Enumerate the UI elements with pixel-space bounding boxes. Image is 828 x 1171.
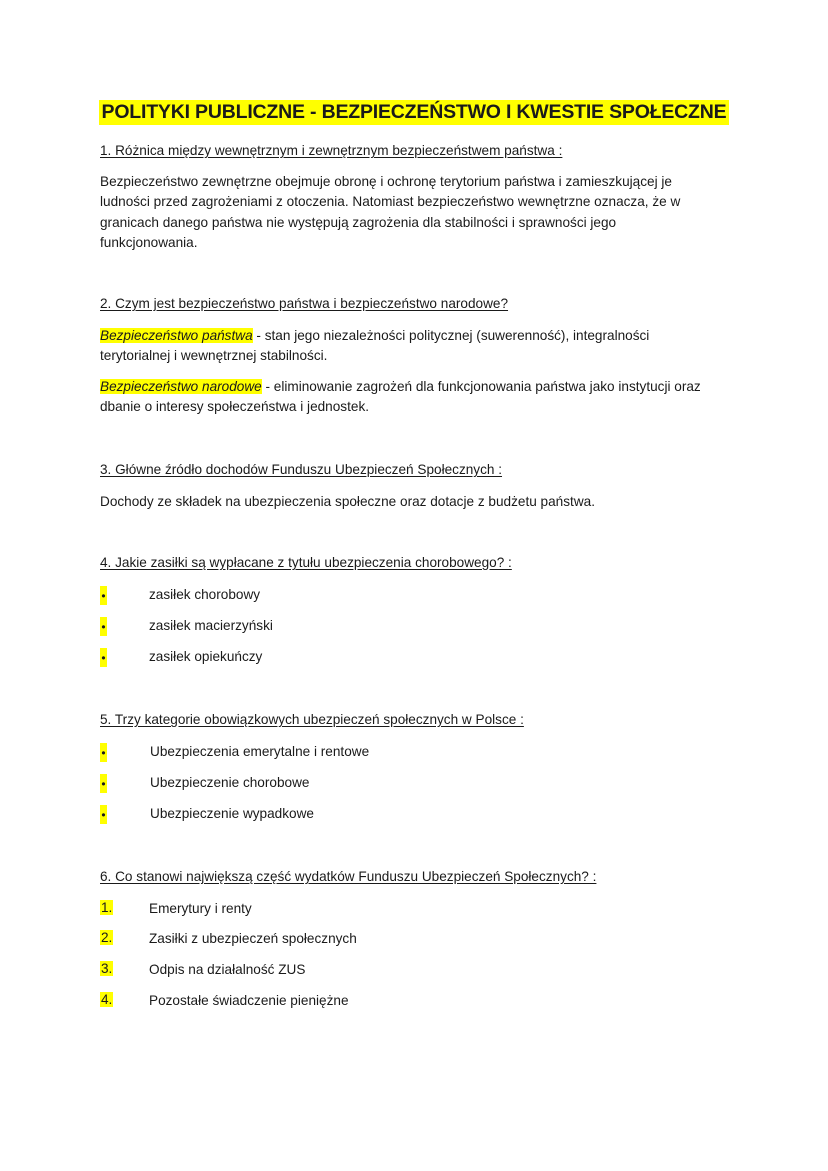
list-item-text: zasiłek opiekuńczy	[149, 649, 262, 664]
term-state-security: Bezpieczeństwo państwa	[100, 328, 253, 343]
document-page: POLITYKI PUBLICZNE - BEZPIECZEŃSTWO I KW…	[0, 0, 828, 1171]
answer-1-paragraph: Bezpieczeństwo zewnętrzne obejmuje obron…	[100, 172, 710, 253]
answer-3-paragraph: Dochody ze składek na ubezpieczenia społ…	[100, 492, 740, 512]
list-item-text: Ubezpieczenie chorobowe	[150, 775, 309, 790]
item-number: 2.	[100, 930, 113, 945]
list-item-text: Ubezpieczenia emerytalne i rentowe	[150, 744, 369, 759]
list-item-text: zasiłek macierzyński	[149, 618, 273, 633]
question-1-heading: 1. Różnica między wewnętrznym i zewnętrz…	[100, 143, 562, 158]
definition-national-security: Bezpieczeństwo narodowe - eliminowanie z…	[100, 377, 740, 418]
question-6-heading: 6. Co stanowi największą część wydatków …	[100, 869, 596, 884]
question-2-heading: 2. Czym jest bezpieczeństwo państwa i be…	[100, 296, 508, 311]
item-number: 3.	[100, 961, 113, 976]
title-text: POLITYKI PUBLICZNE - BEZPIECZEŃSTWO I KW…	[99, 100, 730, 125]
numbered-item-text: Zasiłki z ubezpieczeń społecznych	[149, 931, 357, 946]
bullet-icon: •	[100, 774, 107, 793]
bullet-icon: •	[100, 586, 107, 605]
item-number: 4.	[100, 992, 113, 1007]
bullet-icon: •	[100, 743, 107, 762]
question-4-heading: 4. Jakie zasiłki są wypłacane z tytułu u…	[100, 555, 512, 570]
question-3-heading: 3. Główne źródło dochodów Funduszu Ubezp…	[100, 462, 502, 477]
bullet-icon: •	[100, 648, 107, 667]
numbered-item-text: Emerytury i renty	[149, 901, 252, 916]
bullet-icon: •	[100, 805, 107, 824]
numbered-item-text: Pozostałe świadczenie pieniężne	[149, 993, 349, 1008]
item-number: 1.	[100, 900, 113, 915]
question-5-heading: 5. Trzy kategorie obowiązkowych ubezpiec…	[100, 712, 524, 727]
definition-state-security: Bezpieczeństwo państwa - stan jego nieza…	[100, 326, 690, 367]
document-title: POLITYKI PUBLICZNE - BEZPIECZEŃSTWO I KW…	[0, 101, 828, 124]
numbered-item-text: Odpis na działalność ZUS	[149, 962, 305, 977]
term-national-security: Bezpieczeństwo narodowe	[100, 379, 262, 394]
list-item-text: Ubezpieczenie wypadkowe	[150, 806, 314, 821]
bullet-icon: •	[100, 617, 107, 636]
list-item-text: zasiłek chorobowy	[149, 587, 260, 602]
